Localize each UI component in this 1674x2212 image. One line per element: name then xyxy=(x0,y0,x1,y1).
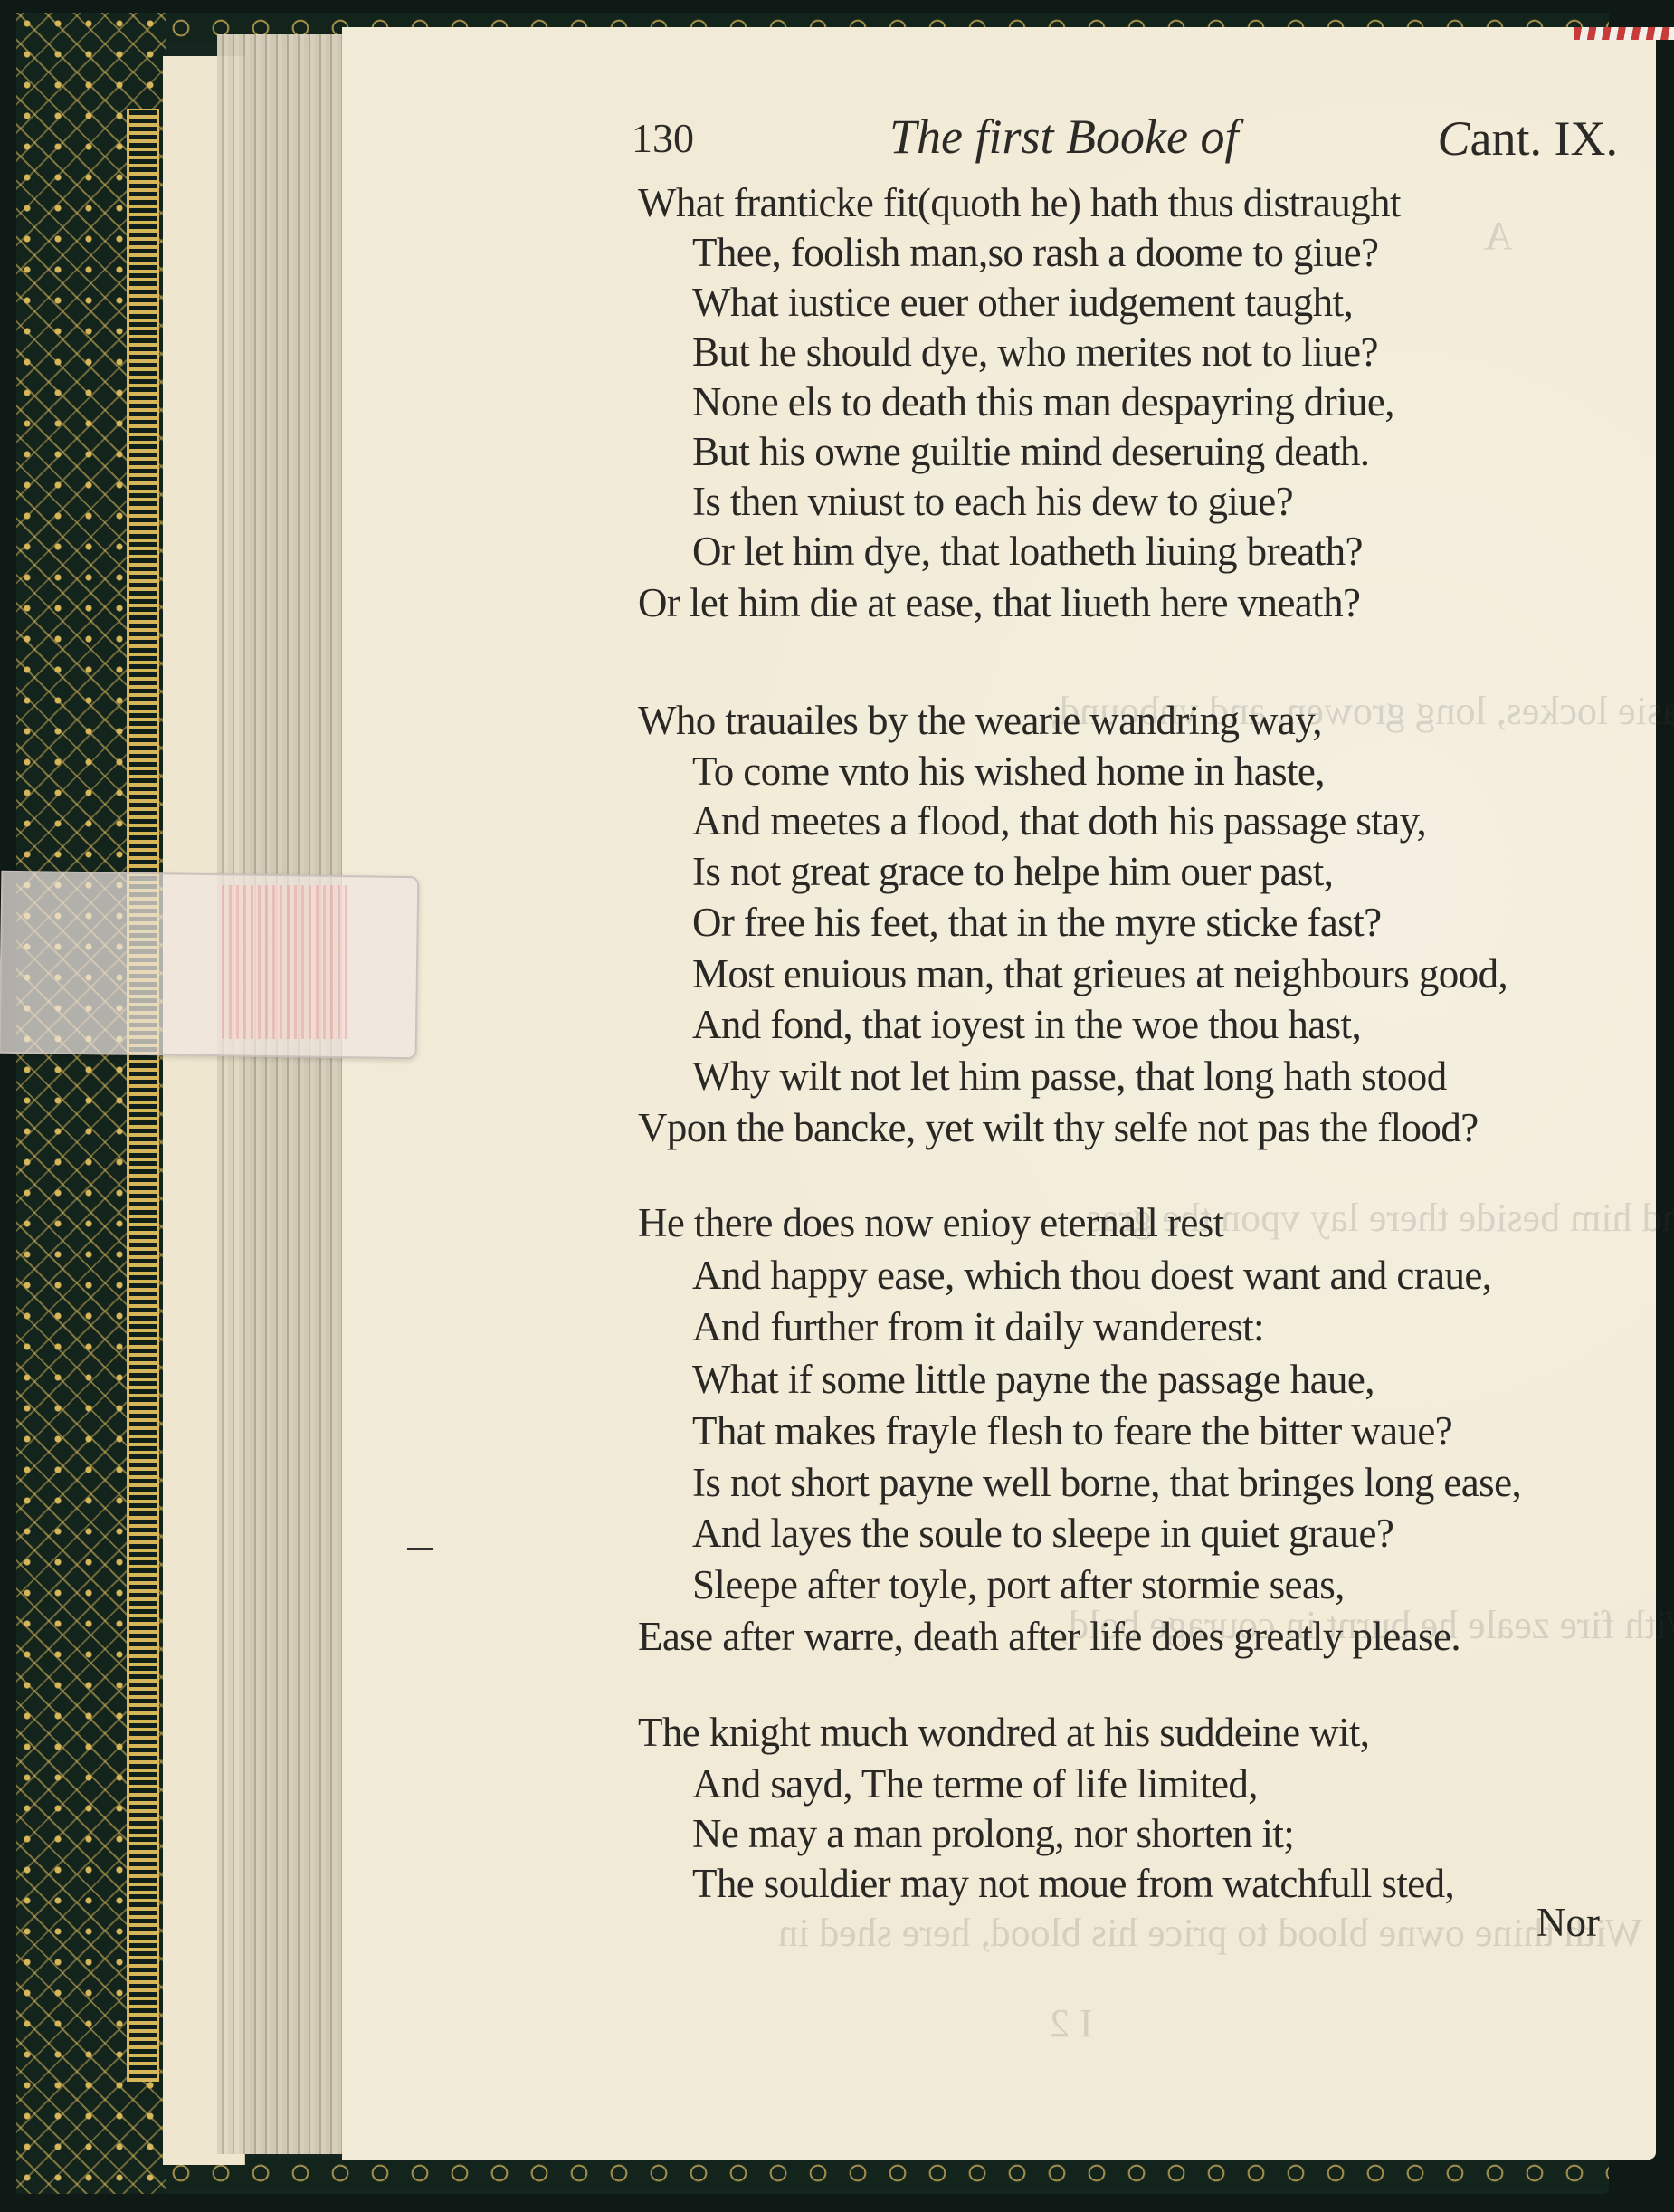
verse-line: None els to death this man despayring dr… xyxy=(692,378,1394,425)
running-title: The first Booke of xyxy=(889,109,1238,165)
show-through-signature: I 2 xyxy=(1050,2000,1093,2046)
verse-line: What franticke fit(quoth he) hath thus d… xyxy=(638,179,1401,226)
verse-line: Or let him die at ease, that liueth here… xyxy=(638,579,1360,626)
verse-line: Or free his feet, that in the myre stick… xyxy=(692,899,1381,946)
verse-line: And sayd, The terme of life limited, xyxy=(692,1760,1258,1807)
verse-line: And fond, that ioyest in the woe thou ha… xyxy=(692,1001,1361,1048)
verse-line: And further from it daily wanderest: xyxy=(692,1303,1264,1350)
verse-line: That makes frayle flesh to feare the bit… xyxy=(692,1407,1452,1454)
verse-line: But he should dye, who merites not to li… xyxy=(692,329,1378,376)
gilt-fillet-border xyxy=(127,109,159,2082)
verse-line: What iustice euer other iudgement taught… xyxy=(692,279,1353,326)
catchword: Nor xyxy=(1536,1899,1600,1946)
verse-line: Is not great grace to helpe him ouer pas… xyxy=(692,848,1333,895)
show-through-text: With thine owne blood to price his blood… xyxy=(778,1910,1642,1956)
canto-initial: C xyxy=(1438,111,1470,166)
verse-line: The souldier may not moue from watchfull… xyxy=(692,1860,1454,1907)
verse-line: Most enuious man, that grieues at neighb… xyxy=(692,950,1508,997)
verse-line: Why wilt not let him passe, that long ha… xyxy=(692,1053,1447,1100)
running-head: 130 The first Booke of Cant. IX. xyxy=(632,109,1618,181)
verse-line: What if some little payne the passage ha… xyxy=(692,1356,1374,1403)
tab-red-edge-reflection xyxy=(222,885,348,1039)
canto-number: ant. IX. xyxy=(1470,111,1618,166)
canto-label: Cant. IX. xyxy=(1438,110,1618,167)
verse-line: Ne may a man prolong, nor shorten it; xyxy=(692,1810,1294,1857)
verse-line: But his owne guiltie mind deseruing deat… xyxy=(692,428,1369,475)
verse-line: And happy ease, which thou doest want an… xyxy=(692,1252,1491,1299)
gilt-bottom-border xyxy=(166,2158,1609,2188)
verse-line: Thee, foolish man,so rash a doome to giu… xyxy=(692,229,1378,276)
page-stack-edges xyxy=(217,34,348,2154)
verse-line: Ease after warre, death after life does … xyxy=(638,1613,1460,1660)
clear-page-tab xyxy=(0,871,419,1059)
verse-line: And layes the soule to sleepe in quiet g… xyxy=(692,1510,1393,1557)
verse-line: Vpon the bancke, yet wilt thy selfe not … xyxy=(638,1104,1479,1151)
verse-line: Sleepe after toyle, port after stormie s… xyxy=(692,1561,1345,1608)
verse-line: Is not short payne well borne, that brin… xyxy=(692,1459,1521,1506)
margin-mark xyxy=(407,1548,433,1550)
page-number: 130 xyxy=(632,114,694,162)
show-through-text: A xyxy=(1484,213,1513,259)
verse-line: The knight much wondred at his suddeine … xyxy=(638,1709,1369,1756)
verse-line: And meetes a flood, that doth his passag… xyxy=(692,797,1426,844)
verse-line: To come vnto his wished home in haste, xyxy=(692,748,1325,795)
verse-line: Who trauailes by the wearie wandring way… xyxy=(638,697,1322,744)
headband xyxy=(1574,27,1674,40)
verse-line: He there does now enioy eternall rest xyxy=(638,1199,1224,1246)
verse-line: Is then vniust to each his dew to giue? xyxy=(692,478,1293,525)
verse-line: Or let him dye, that loatheth liuing bre… xyxy=(692,528,1363,575)
